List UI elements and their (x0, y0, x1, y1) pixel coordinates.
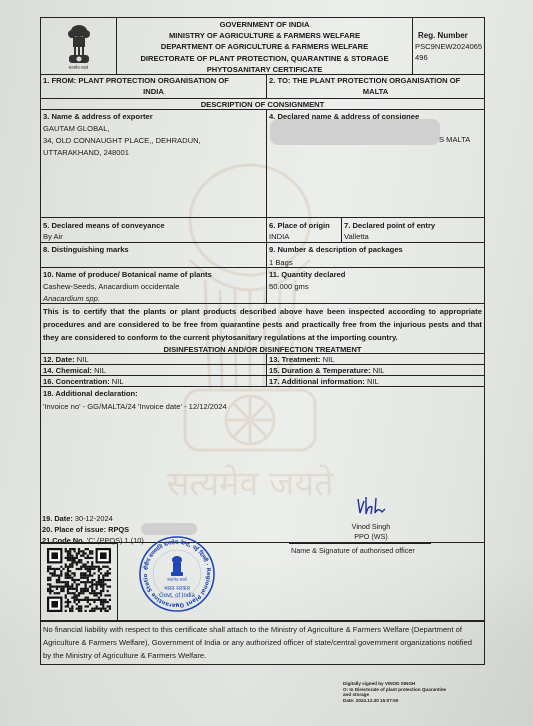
reg-number-value-2: 496 (415, 52, 484, 63)
treatment-date-value: NIL (77, 355, 89, 364)
origin-label: 6. Place of origin (269, 220, 339, 231)
registration-number-cell: Reg. Number PSC9NEW2024065 496 (412, 18, 484, 74)
qr-code-cell (41, 543, 118, 621)
reg-number-label: Reg. Number (415, 30, 484, 41)
officer-designation: PPO (WS) (331, 532, 411, 542)
issue-date-label: 19. Date: (42, 514, 73, 523)
packages-label: 9. Number & description of packages (269, 244, 482, 255)
produce-cell: 10. Name of produce/ Botanical name of p… (41, 268, 266, 303)
certification-row: This is to certify that the plants or pl… (40, 304, 485, 354)
quantity-value: 50.000 gms (269, 281, 482, 293)
svg-text:सत्यमेव जयते: सत्यमेव जयते (167, 577, 187, 582)
phytosanitary-certificate: सत्यमेव जयते GOVERNMENT OF INDIA MINISTR… (40, 17, 485, 665)
exporter-cell: 3. Name & address of exporter GAUTAM GLO… (41, 110, 266, 217)
header-line-certificate-title: PHYTOSANITARY CERTIFICATE (117, 64, 412, 75)
additional-declaration: 18. Additional declaration: 'Invoice no'… (41, 387, 484, 412)
issue-place-label: 20. Place of issue: (42, 525, 106, 534)
marks-packages-row: 8. Distinguishing marks 9. Number & desc… (40, 243, 485, 268)
conveyance-cell: 5. Declared means of conveyance By Air (41, 218, 266, 242)
duration-label: 15. Duration & Temperature: (269, 366, 371, 375)
officer-signature-block: Vinod Singh PPO (WS) (331, 495, 411, 542)
header-titles: GOVERNMENT OF INDIA MINISTRY OF AGRICULT… (117, 18, 412, 74)
header-line-department: DEPARTMENT OF AGRICULTURE & FARMERS WELF… (117, 41, 412, 52)
emblem-cell: सत्यमेव जयते (41, 18, 117, 74)
svg-text:★: ★ (175, 602, 180, 608)
national-emblem-icon (64, 23, 94, 65)
consignee-redaction (270, 119, 440, 145)
concentration-label: 16. Concentration: (43, 377, 110, 386)
exporter-address-line-1: 34, OLD CONNAUGHT PLACE,, DEHRADUN, (43, 135, 264, 147)
issue-place-value: RPQS (108, 525, 129, 534)
produce-label: 10. Name of produce/ Botanical name of p… (43, 269, 264, 280)
from-value: INDIA (43, 86, 264, 97)
header-line-directorate: DIRECTORATE OF PLANT PROTECTION, QUARANT… (117, 53, 412, 64)
certificate-header: सत्यमेव जयते GOVERNMENT OF INDIA MINISTR… (40, 17, 485, 75)
consignee-cell: 4. Declared name & address of consignee … (266, 110, 484, 217)
description-title-row: DESCRIPTION OF CONSIGNMENT (40, 99, 485, 110)
treatment-date-cell: 12. Date: NIL (41, 354, 266, 364)
additional-info-cell: 17. Additional information: NIL (266, 376, 484, 386)
marks-label: 8. Distinguishing marks (43, 244, 264, 255)
issue-details: 19. Date: 30-12-2024 20. Place of issue:… (42, 513, 144, 546)
additional-info-label: 17. Additional information: (269, 377, 365, 386)
quantity-cell: 11. Quantity declared 50.000 gms (266, 268, 484, 303)
treatment-row-2: 14. Chemical: NIL 15. Duration & Tempera… (40, 365, 485, 376)
duration-cell: 15. Duration & Temperature: NIL (266, 365, 484, 375)
conveyance-label: 5. Declared means of conveyance (43, 220, 264, 231)
svg-text:भारत सरकार: भारत सरकार (164, 586, 191, 592)
issue-date-value: 30-12-2024 (75, 514, 113, 523)
reg-number-value-1: PSC9NEW2024065 (415, 41, 484, 52)
produce-quantity-row: 10. Name of produce/ Botanical name of p… (40, 268, 485, 304)
treatment-row-3: 16. Concentration: NIL 17. Additional in… (40, 376, 485, 387)
conveyance-row: 5. Declared means of conveyance By Air 6… (40, 218, 485, 243)
qr-stamp-row: Name & Signature of authorised officer क… (40, 543, 485, 621)
signature-icon (354, 495, 388, 517)
consignee-address-suffix: S MALTA (439, 134, 470, 145)
packages-cell: 9. Number & description of packages 1 Ba… (266, 243, 484, 267)
signature-line (289, 543, 431, 544)
header-line-government: GOVERNMENT OF INDIA (117, 19, 412, 30)
entry-value: Valletta (344, 231, 482, 242)
quantity-label: 11. Quantity declared (269, 269, 482, 280)
conveyance-value: By Air (43, 231, 264, 242)
entry-label: 7. Declared point of entry (344, 220, 482, 231)
to-label: 2. TO: THE PLANT PROTECTION ORGANISATION… (269, 75, 482, 86)
additional-declaration-label: 18. Additional declaration: (43, 388, 482, 399)
disclaimer-row: No financial liability with respect to t… (40, 621, 485, 665)
treatment-type-value: NIL (323, 355, 335, 364)
from-to-row: 1. FROM: PLANT PROTECTION ORGANISATION O… (40, 75, 485, 99)
header-line-ministry: MINISTRY OF AGRICULTURE & FARMERS WELFAR… (117, 30, 412, 41)
entry-cell: 7. Declared point of entry Valletta (341, 218, 484, 242)
exporter-name: GAUTAM GLOBAL, (43, 123, 264, 135)
treatment-type-cell: 13. Treatment: NIL (266, 354, 484, 364)
marks-cell: 8. Distinguishing marks (41, 243, 266, 267)
produce-value: Cashew-Seeds, Anacardium occidentale (43, 281, 264, 293)
officer-name: Vinod Singh (331, 522, 411, 532)
signature-caption: Name & Signature of authorised officer (291, 546, 415, 555)
to-value: MALTA (269, 86, 482, 97)
exporter-address-line-2: UTTARAKHAND, 248001 (43, 147, 264, 159)
digital-signature-line-4: Date: 2024.12.30 15:07:50 (343, 698, 446, 704)
from-label: 1. FROM: PLANT PROTECTION ORGANISATION O… (43, 75, 264, 86)
svg-text:Govt. of India: Govt. of India (159, 593, 195, 599)
treatment-date-label: 12. Date: (43, 355, 75, 364)
exporter-consignee-row: 3. Name & address of exporter GAUTAM GLO… (40, 110, 485, 218)
qr-code-icon[interactable] (47, 548, 111, 612)
concentration-cell: 16. Concentration: NIL (41, 376, 266, 386)
from-cell: 1. FROM: PLANT PROTECTION ORGANISATION O… (41, 75, 266, 98)
description-title: DESCRIPTION OF CONSIGNMENT (41, 99, 484, 109)
exporter-label: 3. Name & address of exporter (43, 111, 264, 122)
chemical-label: 14. Chemical: (43, 366, 92, 375)
concentration-value: NIL (112, 377, 124, 386)
duration-value: NIL (373, 366, 385, 375)
packages-value: 1 Bags (269, 257, 482, 268)
chemical-cell: 14. Chemical: NIL (41, 365, 266, 375)
treatment-row-1: 12. Date: NIL 13. Treatment: NIL (40, 354, 485, 365)
origin-value: INDIA (269, 231, 339, 242)
declaration-issue-section: 18. Additional declaration: 'Invoice no'… (40, 387, 485, 543)
origin-cell: 6. Place of origin INDIA (266, 218, 341, 242)
certification-text: This is to certify that the plants or pl… (41, 304, 484, 345)
additional-declaration-value: 'Invoice no' - GG/MALTA/24 'Invoice date… (43, 401, 482, 412)
official-stamp-icon: क्षेत्रीय वनस्पति संगरोध केन्द्र, नई दिल… (137, 534, 217, 614)
chemical-value: NIL (94, 366, 106, 375)
disclaimer-text: No financial liability with respect to t… (41, 622, 484, 664)
emblem-caption: सत्यमेव जयते (69, 65, 88, 70)
to-cell: 2. TO: THE PLANT PROTECTION ORGANISATION… (266, 75, 484, 98)
additional-info-value: NIL (367, 377, 379, 386)
digital-signature: Digitally signed by VINOD SINGH O: In Di… (343, 681, 446, 703)
treatment-type-label: 13. Treatment: (269, 355, 321, 364)
